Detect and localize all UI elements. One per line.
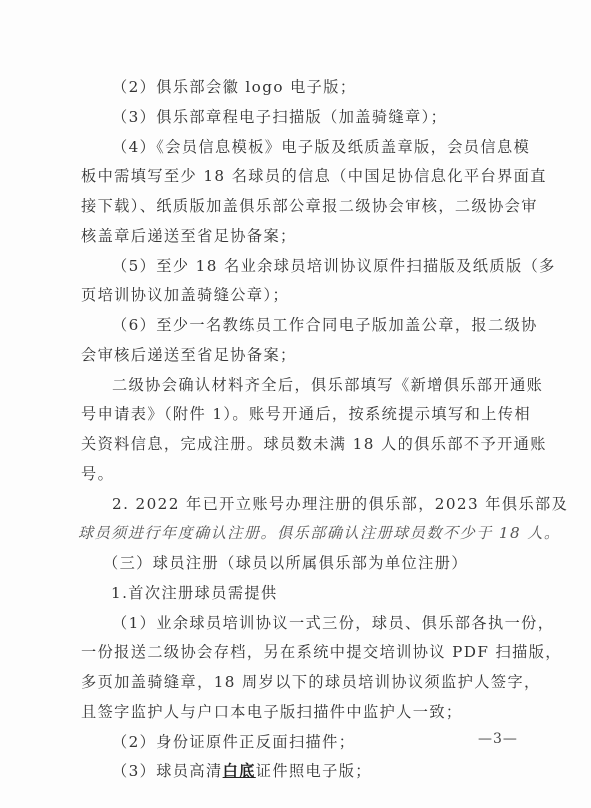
paragraph-line: 板中需填写至少 18 名球员的信息（中国足协信息化平台界面直 bbox=[81, 162, 521, 192]
paragraph-line: 多页加盖骑缝章，18 周岁以下的球员培训协议须监护人签字， bbox=[81, 668, 521, 698]
paragraph-line: 会审核后递送至省足协备案； bbox=[81, 341, 521, 371]
white-background-emphasis: 白底 bbox=[223, 762, 256, 780]
list-item-member-template: （4）《会员信息模板》电子版及纸质盖章版，会员信息模 bbox=[81, 133, 521, 163]
paragraph-line: 一份报送二级协会存档，另在系统中提交培训协议 PDF 扫描版， bbox=[81, 638, 521, 668]
list-item-training-agreements: （5）至少 18 名业余球员培训协议原件扫描版及纸质版（多 bbox=[81, 252, 521, 282]
section-heading-player-registration: （三）球员注册（球员以所属俱乐部为单位注册） bbox=[81, 549, 521, 579]
paragraph-annual-confirmation: 2. 2022 年已开立账号办理注册的俱乐部，2023 年俱乐部及 bbox=[81, 490, 521, 520]
paragraph-line: 号。 bbox=[81, 460, 521, 490]
list-item-club-logo: （2）俱乐部会徽 logo 电子版； bbox=[81, 73, 521, 103]
list-item-id-photo: （3）球员高清白底证件照电子版； bbox=[81, 757, 521, 787]
document-body: （2）俱乐部会徽 logo 电子版； （3）俱乐部章程电子扫描版（加盖骑缝章）；… bbox=[81, 73, 521, 787]
paragraph-line: 接下载）、纸质版加盖俱乐部公章报二级协会审核，二级协会审 bbox=[81, 192, 521, 222]
paragraph-line: 且签字监护人与户口本电子版扫描件中监护人一致； bbox=[81, 698, 521, 728]
list-item-club-charter: （3）俱乐部章程电子扫描版（加盖骑缝章）； bbox=[81, 103, 521, 133]
paragraph-line: 号申请表》（附件 1）。账号开通后，按系统提示填写和上传相 bbox=[81, 400, 521, 430]
list-item-id-card-scan: （2）身份证原件正反面扫描件； bbox=[81, 728, 521, 758]
subheading-first-registration: 1.首次注册球员需提供 bbox=[81, 579, 521, 609]
paragraph-line: 球员须进行年度确认注册。俱乐部确认注册球员数不少于 18 人。 bbox=[78, 519, 521, 549]
paragraph-line: 页培训协议加盖骑缝公章）； bbox=[81, 281, 521, 311]
paragraph-account-application: 二级协会确认材料齐全后，俱乐部填写《新增俱乐部开通账 bbox=[81, 371, 521, 401]
page-number: —3— bbox=[478, 731, 518, 747]
document-page: （2）俱乐部会徽 logo 电子版； （3）俱乐部章程电子扫描版（加盖骑缝章）；… bbox=[0, 0, 591, 808]
paragraph-line: 核盖章后递送至省足协备案； bbox=[81, 222, 521, 252]
list-item-training-agreement-copies: （1）业余球员培训协议一式三份，球员、俱乐部各执一份， bbox=[81, 609, 521, 639]
paragraph-line: 关资料信息，完成注册。球员数未满 18 人的俱乐部不予开通账 bbox=[81, 430, 521, 460]
id-photo-prefix: （3）球员高清 bbox=[112, 762, 223, 780]
id-photo-suffix: 证件照电子版； bbox=[256, 762, 372, 780]
list-item-coach-contract: （6）至少一名教练员工作合同电子版加盖公章，报二级协 bbox=[81, 311, 521, 341]
